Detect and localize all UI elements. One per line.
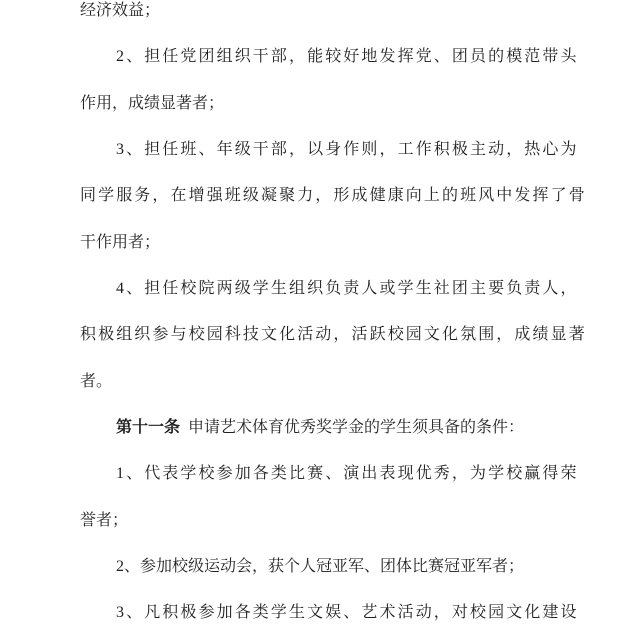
paragraph-line: 3、凡积极参加各类学生文娱、艺术活动，对校园文化建设: [80, 590, 595, 635]
paragraph-line: 作用，成绩显著者；: [80, 81, 595, 127]
paragraph-line: 誉者；: [80, 498, 595, 544]
paragraph-line: 经济效益；: [80, 0, 595, 34]
paragraph-line: 干作用者；: [80, 220, 595, 266]
paragraph-line: 1、代表学校参加各类比赛、演出表现优秀，为学校赢得荣: [80, 451, 595, 497]
paragraph-line: 积极组织参与校园科技文化活动，活跃校园文化氛围，成绩显著: [80, 312, 595, 358]
article-number: 第十一条: [116, 419, 180, 436]
article-title: 申请艺术体育优秀奖学金的学生须具备的条件：: [188, 419, 524, 436]
paragraph-line: 同学服务，在增强班级凝聚力，形成健康向上的班风中发挥了骨: [80, 173, 595, 219]
document-page: 经济效益； 2、担任党团组织干部，能较好地发挥党、团员的模范带头 作用，成绩显著…: [0, 0, 621, 635]
paragraph-line: 3、担任班、年级干部，以身作则，工作积极主动，热心为: [80, 127, 595, 173]
article-heading-line: 第十一条申请艺术体育优秀奖学金的学生须具备的条件：: [80, 405, 595, 451]
paragraph-line: 2、参加校级运动会，获个人冠亚军、团体比赛冠亚军者；: [80, 544, 595, 590]
paragraph-line: 4、担任校院两级学生组织负责人或学生社团主要负责人，: [80, 266, 595, 312]
paragraph-line: 者。: [80, 359, 595, 405]
paragraph-line: 2、担任党团组织干部，能较好地发挥党、团员的模范带头: [80, 34, 595, 80]
